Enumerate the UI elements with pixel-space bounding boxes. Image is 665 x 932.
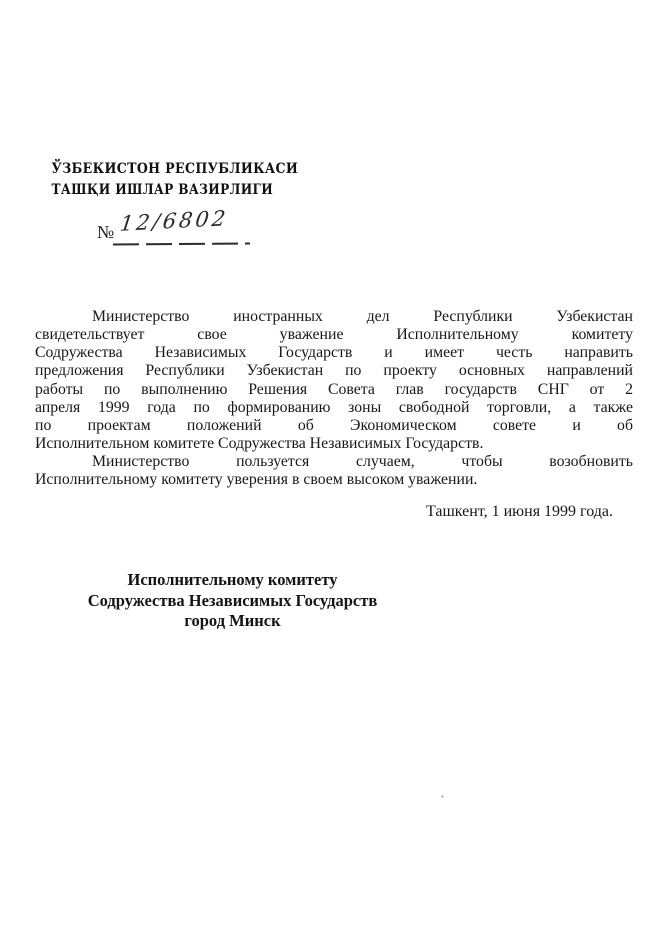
body-line: Министерство иностранных дел Республики … (35, 308, 633, 326)
place-date-line: Ташкент, 1 июня 1999 года. (426, 503, 613, 521)
scan-speck (441, 795, 444, 798)
handwritten-number: 12/6802 (119, 206, 230, 236)
body-line: свидетельствует свое уважение Исполнител… (35, 326, 633, 344)
number-underline (113, 243, 250, 246)
note-body: Министерство иностранных дел Республики … (35, 308, 633, 489)
letterhead-country: ЎЗБЕКИСТОН РЕСПУБЛИКАСИ (52, 159, 259, 180)
seal-separator-stars: ✱ ✱ (350, 661, 360, 667)
letterhead-ministry: ТАШҚИ ИШЛАР ВАЗИРЛИГИ (52, 180, 259, 201)
letterhead: ЎЗБЕКИСТОН РЕСПУБЛИКАСИ ТАШҚИ ИШЛАР ВАЗИ… (40, 159, 270, 201)
ministry-seal-stamp: O'ZBEKISTON RESPUBLIKASI TASHQI ISHLAR V… (300, 548, 412, 674)
scanned-diplomatic-note: ЎЗБЕКИСТОН РЕСПУБЛИКАСИ ТАШҚИ ИШЛАР ВАЗИ… (0, 0, 665, 932)
body-line: по проектам положений об Экономическом с… (35, 417, 633, 435)
number-sign: № (97, 222, 114, 243)
body-line: предложения Республики Узбекистан по про… (35, 362, 633, 380)
body-line: Министерство пользуется случаем, чтобы в… (35, 453, 633, 471)
body-line: апреля 1999 года по формированию зоны св… (35, 399, 633, 417)
scan-speck (596, 468, 598, 470)
body-line: Исполнительном комитете Содружества Неза… (35, 435, 633, 453)
body-line: Содружества Независимых Государств и име… (35, 344, 633, 362)
uzbekistan-coat-of-arms-icon (112, 58, 188, 142)
body-line: работы по выполнению Решения Совета глав… (35, 381, 633, 399)
body-line: Исполнительному комитету уверения в свое… (35, 471, 633, 489)
